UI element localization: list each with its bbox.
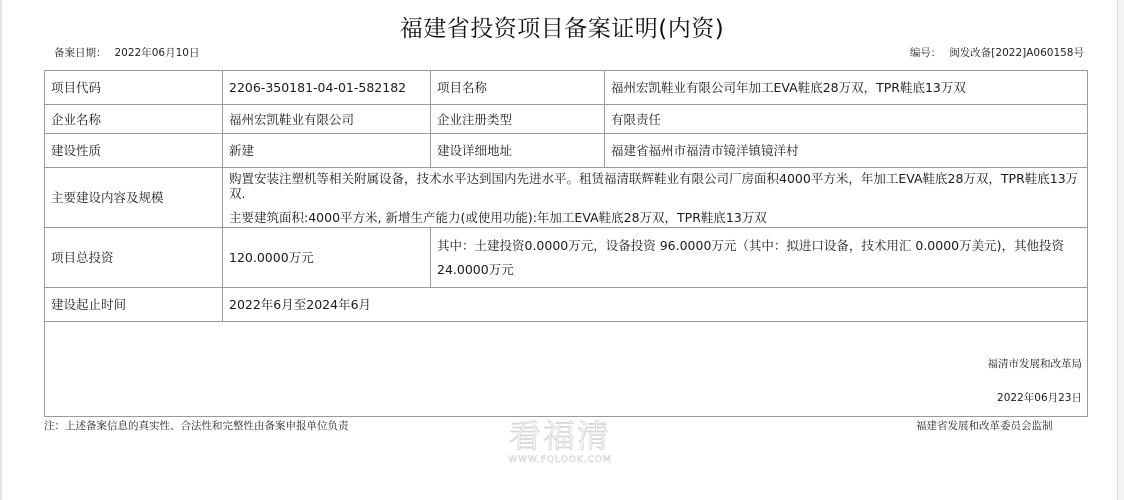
table-row: 企业名称 福州宏凯鞋业有限公司 企业注册类型 有限责任 xyxy=(45,105,1088,134)
construction-nature-label: 建设性质 xyxy=(45,134,223,168)
watermark-url: WWW.FQLOOK.COM xyxy=(490,455,630,465)
signing-date: 2022年06月23日 xyxy=(997,392,1082,405)
address-label: 建设详细地址 xyxy=(431,134,605,168)
investment-breakdown-line1: 其中：土建投资0.0000万元，设备投资 96.0000万元（其中：拟进口设备，… xyxy=(437,238,1064,253)
main-content-label: 主要建设内容及规模 xyxy=(45,168,223,228)
document-number: 编号：闽发改备[2022]A060158号 xyxy=(910,45,1084,60)
company-name-label: 企业名称 xyxy=(45,105,223,134)
signature-cell: 福清市发展和改革局 2022年06月23日 xyxy=(45,322,1088,417)
table-row: 福清市发展和改革局 2022年06月23日 xyxy=(45,322,1088,417)
table-row: 项目总投资 120.0000万元 其中：土建投资0.0000万元，设备投资 96… xyxy=(45,228,1088,288)
construction-nature-value: 新建 xyxy=(223,134,431,168)
main-content-line1: 购置安装注塑机等相关附属设备，技术水平达到国内先进水平。租赁福清联辉鞋业有限公司… xyxy=(229,171,1078,201)
main-content-value: 购置安装注塑机等相关附属设备，技术水平达到国内先进水平。租赁福清联辉鞋业有限公司… xyxy=(223,168,1088,228)
page-edge-left xyxy=(0,0,2,500)
company-name-value: 福州宏凯鞋业有限公司 xyxy=(223,105,431,134)
document-number-value: 闽发改备[2022]A060158号 xyxy=(949,47,1084,59)
watermark-logo-text: 看福清 xyxy=(490,418,630,454)
project-code-label: 项目代码 xyxy=(45,71,223,105)
registration-type-value: 有限责任 xyxy=(605,105,1088,134)
filing-info-table: 项目代码 2206-350181-04-01-582182 项目名称 福州宏凯鞋… xyxy=(44,70,1088,417)
total-investment-label: 项目总投资 xyxy=(45,228,223,288)
main-content-line2: 主要建筑面积:4000平方米, 新增生产能力(或使用功能):年加工EVA鞋底28… xyxy=(229,210,1081,225)
investment-breakdown: 其中：土建投资0.0000万元，设备投资 96.0000万元（其中：拟进口设备，… xyxy=(431,228,1088,288)
watermark: 看福清 WWW.FQLOOK.COM xyxy=(490,418,630,465)
signing-organization: 福清市发展和改革局 xyxy=(988,358,1083,371)
table-row: 建设性质 新建 建设详细地址 福建省福州市福清市镜洋镇镜洋村 xyxy=(45,134,1088,168)
project-code-value: 2206-350181-04-01-582182 xyxy=(223,71,431,105)
filing-date-label: 备案日期： xyxy=(54,47,107,59)
document-title: 福建省投资项目备案证明(内资) xyxy=(0,10,1124,43)
disclaimer-note: 注：上述备案信息的真实性、合法性和完整性由备案申报单位负责 xyxy=(44,418,349,433)
supervisor-text: 福建省发展和改革委员会监制 xyxy=(916,418,1053,433)
construction-period-label: 建设起止时间 xyxy=(45,288,223,322)
table-row: 项目代码 2206-350181-04-01-582182 项目名称 福州宏凯鞋… xyxy=(45,71,1088,105)
construction-period-value: 2022年6月至2024年6月 xyxy=(223,288,1088,322)
document-number-label: 编号： xyxy=(910,47,942,59)
filing-date: 备案日期：2022年06月10日 xyxy=(54,45,199,60)
project-name-label: 项目名称 xyxy=(431,71,605,105)
address-value: 福建省福州市福清市镜洋镇镜洋村 xyxy=(605,134,1088,168)
investment-breakdown-line2: 24.0000万元 xyxy=(437,262,1081,277)
total-investment-value: 120.0000万元 xyxy=(223,228,431,288)
registration-type-label: 企业注册类型 xyxy=(431,105,605,134)
filing-date-value: 2022年06月10日 xyxy=(115,47,200,59)
page-edge-right xyxy=(1117,0,1124,500)
table-row: 建设起止时间 2022年6月至2024年6月 xyxy=(45,288,1088,322)
table-row: 主要建设内容及规模 购置安装注塑机等相关附属设备，技术水平达到国内先进水平。租赁… xyxy=(45,168,1088,228)
project-name-value: 福州宏凯鞋业有限公司年加工EVA鞋底28万双，TPR鞋底13万双 xyxy=(605,71,1088,105)
